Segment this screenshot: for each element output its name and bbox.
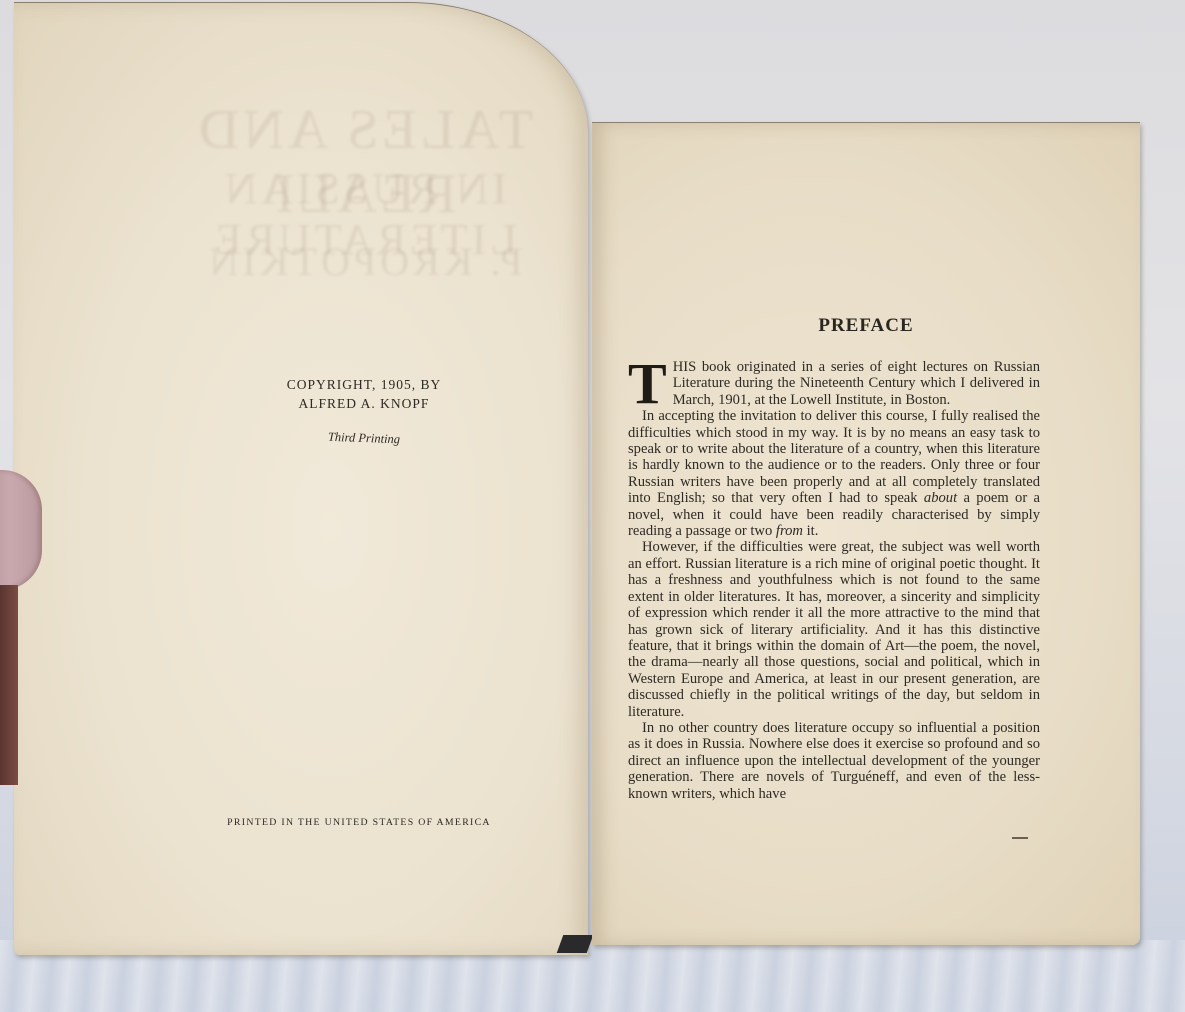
- paragraph-text: However, if the difficulties were great,…: [628, 539, 1040, 719]
- paragraph: T HIS book originated in a series of eig…: [628, 359, 1040, 408]
- copyright-holder-line: ALFRED A. KNOPF: [234, 394, 494, 413]
- printer-imprint: PRINTED IN THE UNITED STATES OF AMERICA: [214, 817, 504, 828]
- show-through-author-line: P. KROPOTKIN: [134, 238, 594, 285]
- printing-edition: Third Printing: [234, 426, 494, 450]
- paragraph: In no other country does literature occu…: [628, 720, 1040, 802]
- copyright-notice: COPYRIGHT, 1905, BY ALFRED A. KNOPF Thir…: [234, 375, 494, 446]
- page-continuation-mark: [1012, 837, 1028, 839]
- paragraph: In accepting the invitation to deliver t…: [628, 408, 1040, 539]
- paragraph: However, if the difficulties were great,…: [628, 539, 1040, 719]
- page-title: PREFACE: [592, 315, 1140, 337]
- paragraph-text: it.: [803, 523, 818, 539]
- hand-edge: [0, 585, 18, 785]
- copyright-year-line: COPYRIGHT, 1905, BY: [234, 375, 494, 394]
- drop-cap: T: [628, 361, 667, 407]
- italic-word: from: [776, 523, 803, 539]
- italic-word: about: [924, 490, 957, 506]
- paragraph-text: In no other country does literature occu…: [628, 720, 1040, 802]
- right-page: PREFACE T HIS book originated in a serie…: [592, 122, 1140, 945]
- preface-text: T HIS book originated in a series of eig…: [628, 359, 1040, 802]
- left-page: TALES AND REALI IN RUSSIAN LITERATURE P.…: [14, 2, 588, 955]
- paragraph-text: HIS book originated in a series of eight…: [673, 359, 1040, 408]
